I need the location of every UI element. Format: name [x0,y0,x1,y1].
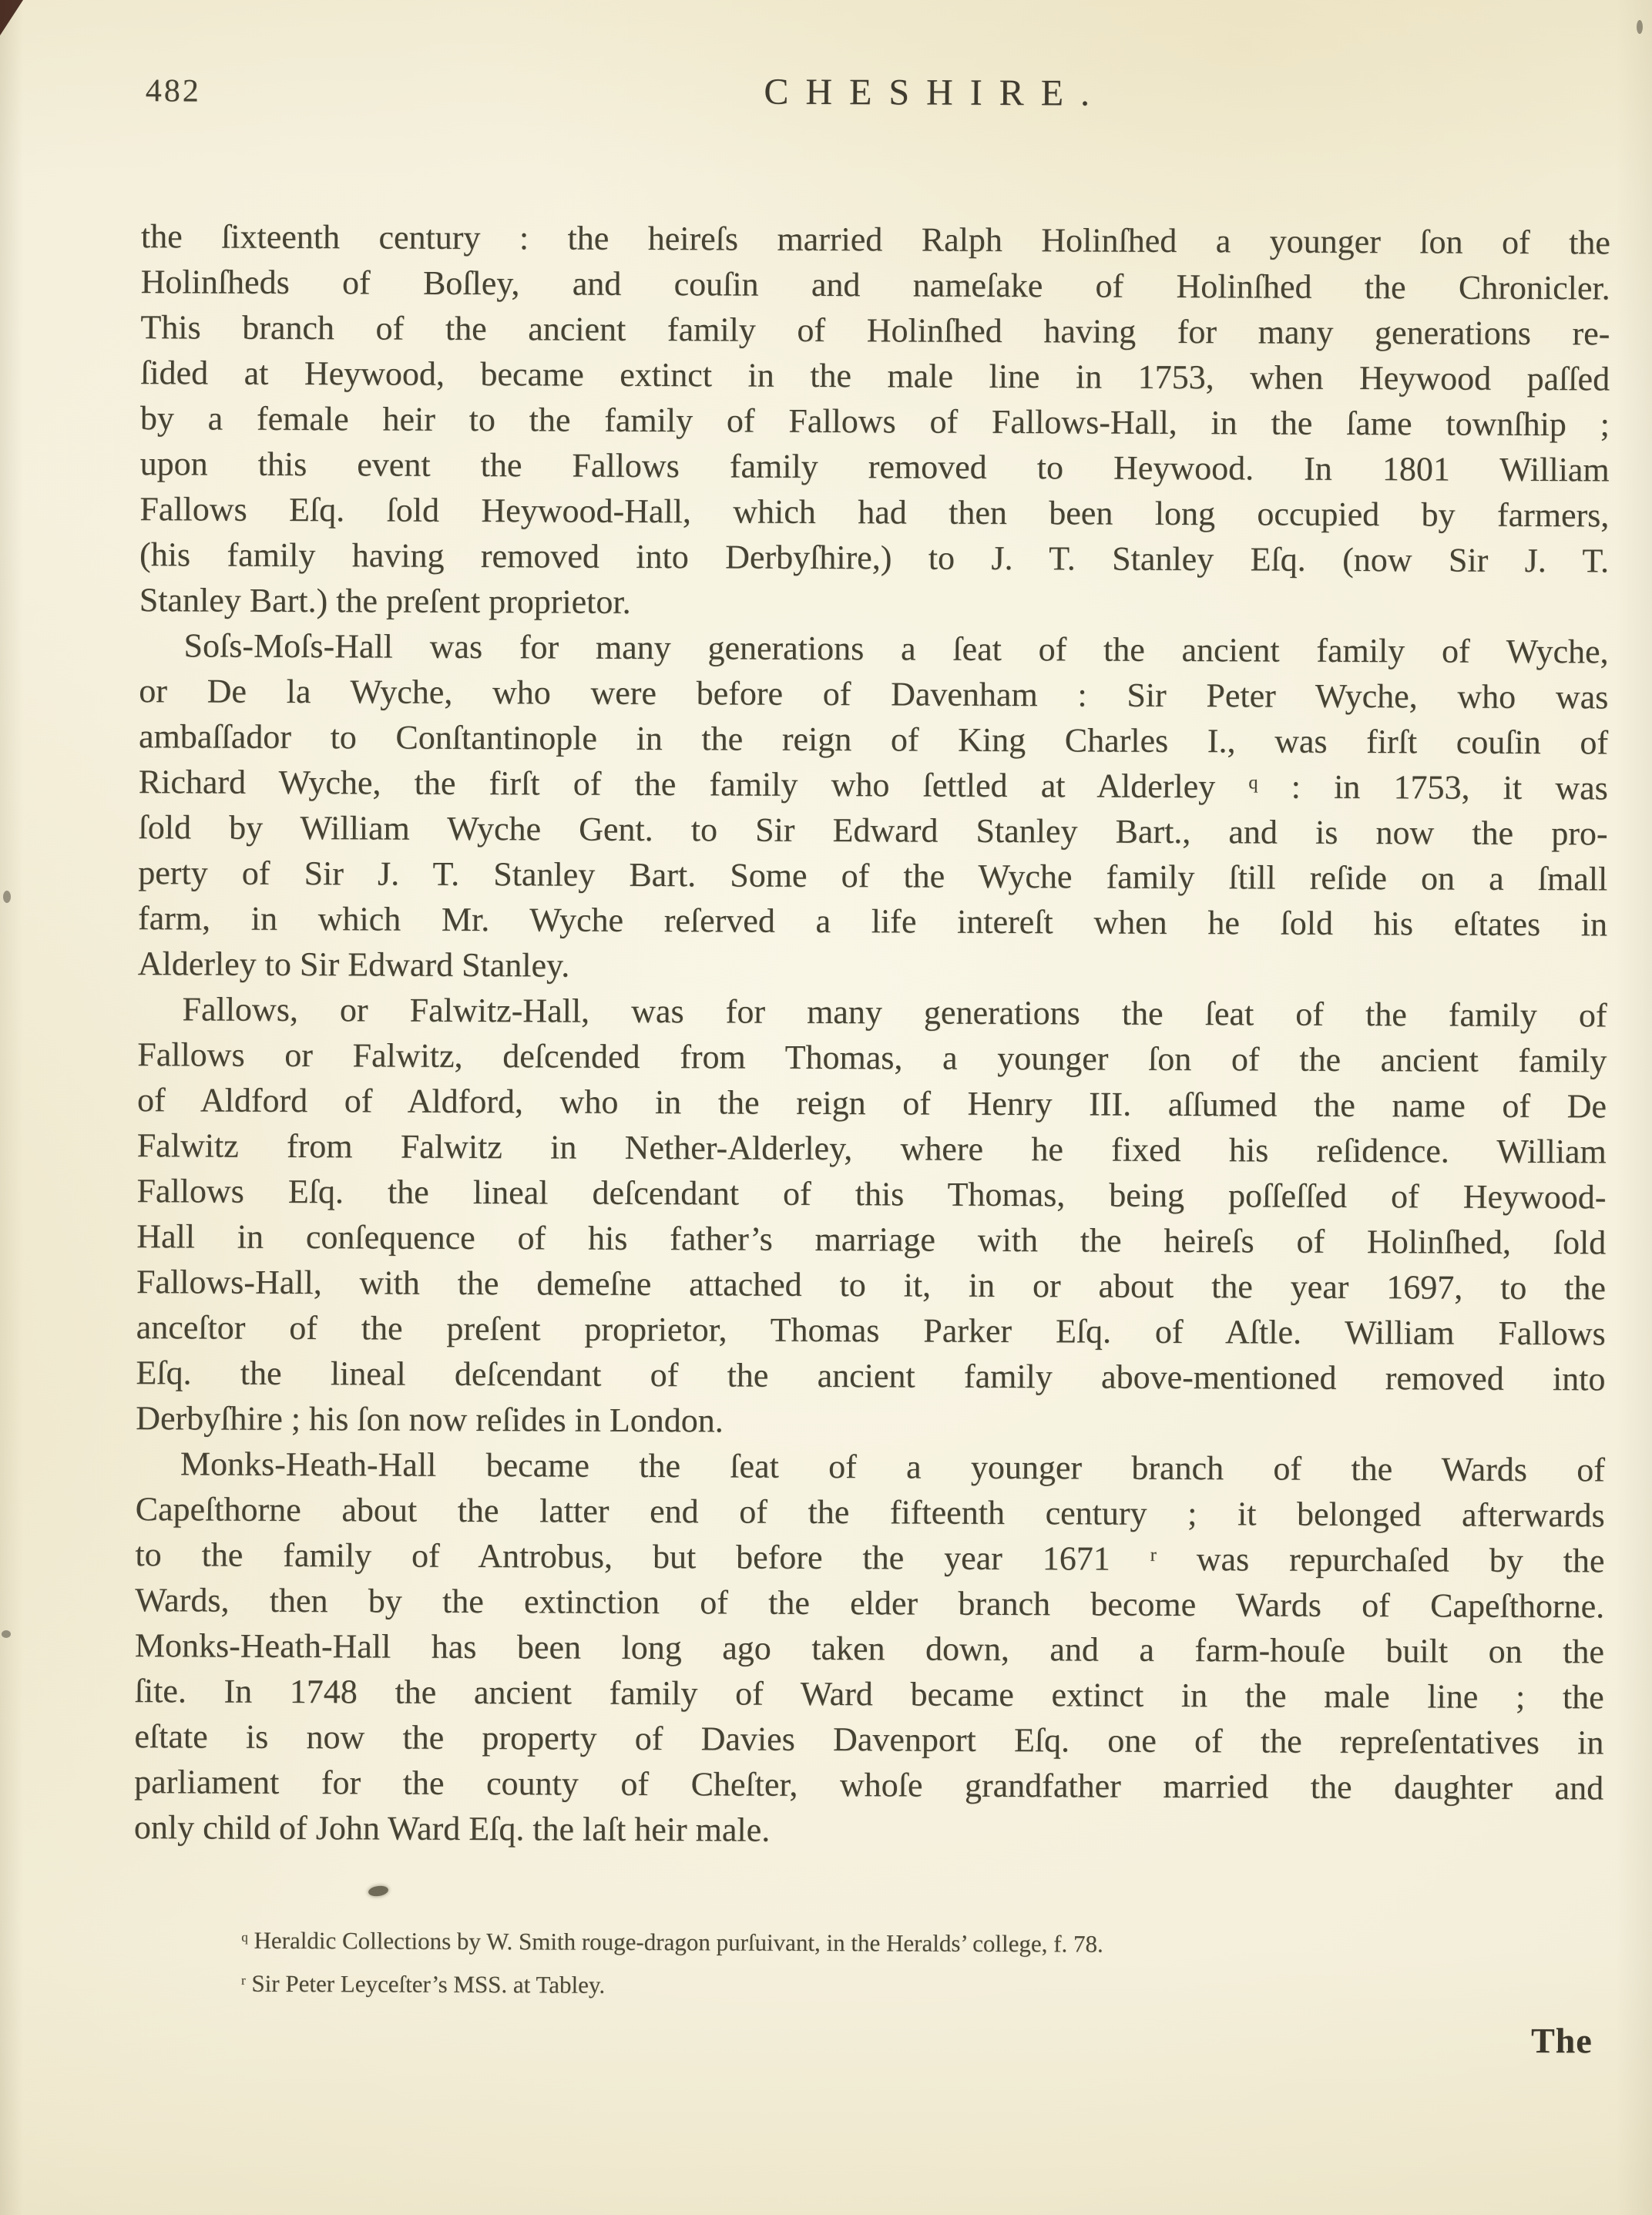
footnotes: q Heraldic Collections by W. Smith rouge… [241,1919,1556,2011]
text-line: Fallows, or Falwitz-Hall, was for many g… [137,986,1607,1038]
text-line: ſite. In 1748 the ancient family of Ward… [135,1668,1604,1720]
text-line: ſided at Heywood, became extinct in the … [140,350,1610,401]
text-line: ambaſſador to Conſtantinople in the reig… [139,713,1608,765]
catchword: The [1531,2020,1593,2061]
page-content: 482 CHESHIRE. the ſixteenth century : th… [0,0,1652,2215]
text-line: to the family of Antrobus, but before th… [135,1532,1604,1583]
text-line: Monks-Heath-Hall became the ſeat of a yo… [136,1441,1605,1492]
book-page-scan: 482 CHESHIRE. the ſixteenth century : th… [0,0,1652,2215]
text-line: the ſixteenth century : the heireſs marr… [141,213,1610,265]
page-number: 482 [146,72,201,109]
text-line: Alderley to Sir Edward Stanley. [138,941,1607,992]
text-line: of Aldford of Aldford, who in the reign … [137,1077,1607,1129]
text-line: eſtate is now the property of Davies Dav… [134,1713,1603,1765]
text-line: or De la Wyche, who were before of Daven… [139,668,1608,720]
text-line: Falwitz from Falwitz in Nether-Alderley,… [137,1123,1607,1174]
text-line: Fallows Eſq. the lineal deſcendant of th… [136,1168,1606,1220]
text-line: by a female heir to the family of Fallow… [140,395,1610,447]
text-line: Holinſheds of Boſley, and couſin and nam… [141,259,1610,310]
text-line: Hall in conſequence of his father’s marr… [136,1213,1606,1265]
text-line: Derbyſhire ; his ſon now reſides in Lond… [136,1395,1605,1447]
text-line: Wards, then by the extinction of the eld… [135,1577,1604,1629]
text-line: perty of Sir J. T. Stanley Bart. Some of… [138,850,1607,901]
text-line: (his family having removed into Derbyſhi… [139,532,1609,583]
text-line: Eſq. the lineal deſcendant of the ancien… [136,1350,1605,1401]
text-line: farm, in which Mr. Wyche reſerved a life… [138,895,1607,947]
text-line: Soſs-Moſs-Hall was for many generations … [139,623,1608,674]
text-line: ſold by William Wyche Gent. to Sir Edwar… [138,804,1607,856]
text-line: Fallows Eſq. ſold Heywood-Hall, which ha… [139,486,1609,538]
text-line: Stanley Bart.) the preſent proprietor. [139,577,1609,629]
text-line: only child of John Ward Eſq. the laſt he… [134,1804,1603,1856]
text-line: Fallows or Falwitz, deſcended from Thoma… [137,1032,1607,1083]
footnote-line: q Heraldic Collections by W. Smith rouge… [241,1919,1556,1968]
text-line: Richard Wyche, the firſt of the family w… [139,759,1608,810]
text-line: anceſtor of the preſent proprietor, Thom… [136,1304,1606,1356]
text-line: This branch of the ancient family of Hol… [140,304,1610,356]
text-line: Capeſthorne about the latter end of the … [136,1486,1605,1538]
body-text: the ſixteenth century : the heireſs marr… [134,213,1610,1856]
text-line: Fallows-Hall, with the demeſne attached … [136,1259,1606,1311]
running-header: CHESHIRE. [764,71,1106,115]
text-line: parliament for the county of Cheſter, wh… [134,1759,1603,1811]
footnote-line: r Sir Peter Leyceſter’s MSS. at Tabley. [241,1962,1556,2011]
text-line: Monks-Heath-Hall has been long ago taken… [135,1623,1604,1674]
text-line: upon this event the Fallows family remov… [140,441,1610,492]
